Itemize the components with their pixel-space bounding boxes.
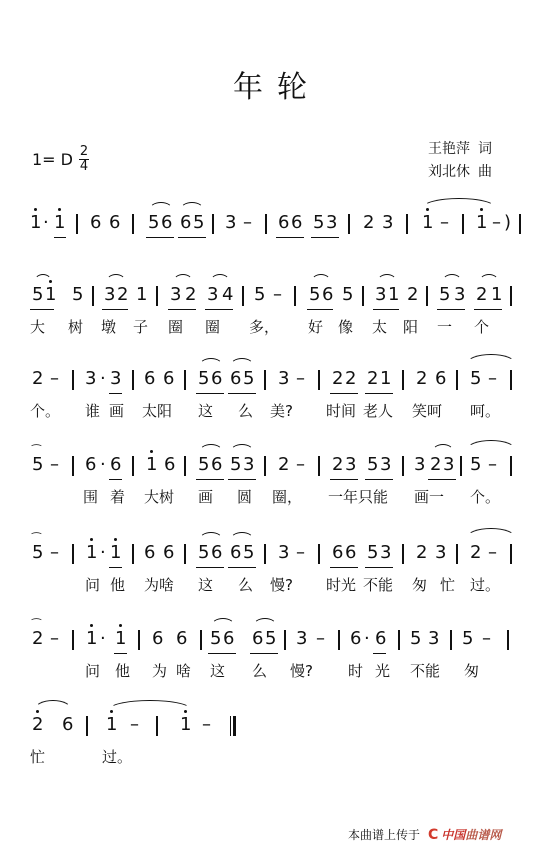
dash-extension: –: [50, 628, 59, 650]
lyric: 圈，: [272, 486, 302, 507]
barline: [132, 544, 134, 564]
note: 1: [45, 284, 56, 306]
site-logo-qupu: 曲谱网: [465, 826, 501, 843]
barline: [462, 214, 464, 234]
note: 5: [470, 368, 481, 390]
note: 3: [380, 542, 391, 564]
dash-extension: –: [488, 454, 497, 476]
lyric: 老人: [363, 400, 393, 421]
note: 6: [163, 542, 174, 564]
note: 5: [313, 212, 324, 234]
tie-arc: [466, 528, 516, 538]
lyric: 好: [308, 316, 323, 337]
note: 2: [185, 284, 196, 306]
note: 3: [435, 542, 446, 564]
barline: [184, 456, 186, 476]
barline: [338, 630, 340, 650]
note: 2: [32, 368, 43, 390]
dotted-note-dot: ·: [100, 628, 106, 650]
site-logo-cn: 中国: [441, 826, 465, 843]
barline: [132, 214, 134, 234]
note: 2: [32, 714, 43, 736]
eighth-underline: [168, 309, 196, 310]
lyric: 他: [110, 574, 125, 595]
barline: [348, 214, 350, 234]
lyric: 啥: [176, 660, 191, 681]
slur-arc: [210, 274, 230, 282]
lyric: 他: [115, 660, 130, 681]
note: 6: [62, 714, 73, 736]
note: 6: [230, 368, 241, 390]
note: 3: [243, 454, 254, 476]
barline: [284, 630, 286, 650]
lyric: 一: [437, 316, 452, 337]
composer-credit: 刘北休曲: [428, 161, 492, 184]
barline: [264, 370, 266, 390]
note: 4: [222, 284, 233, 306]
note: 6: [322, 284, 333, 306]
note: 1: [115, 628, 126, 650]
barline: [76, 214, 78, 234]
time-bottom: 4: [80, 161, 88, 173]
octave-dot: [114, 538, 117, 541]
eighth-underline: [30, 309, 54, 310]
lyric: 像: [338, 316, 353, 337]
note: 6: [110, 454, 121, 476]
slur-arc: [230, 532, 254, 540]
eighth-underline: [208, 653, 236, 654]
slur-arc: [149, 202, 173, 210]
score-row: 5–6·61656532–23533235–⁀围着大树画圆圈，一年只能画一个。: [30, 454, 520, 514]
lyric: 这: [198, 574, 213, 595]
barline: [138, 630, 140, 650]
lyric: 阳: [403, 316, 418, 337]
barline: [402, 456, 404, 476]
barline: [510, 544, 512, 564]
slur-arc: [479, 274, 499, 282]
barline: [398, 630, 400, 650]
barline: [265, 214, 267, 234]
lyric: 忙: [30, 746, 45, 767]
octave-dot: [36, 710, 39, 713]
slur-arc: [432, 444, 454, 452]
barline: [510, 286, 512, 306]
barline: [318, 544, 320, 564]
note: 6: [223, 628, 234, 650]
note: 6: [161, 212, 172, 234]
lyric: 呵。: [470, 400, 500, 421]
note: 3: [375, 284, 386, 306]
lyric: 过。: [102, 746, 132, 767]
note: 1: [54, 212, 65, 234]
note: 2: [430, 454, 441, 476]
note: 5: [148, 212, 159, 234]
lyric: 过。: [470, 574, 500, 595]
barline: [426, 286, 428, 306]
lyric: 大树: [144, 486, 174, 507]
dash-extension: –: [488, 368, 497, 390]
eighth-underline: [330, 479, 358, 480]
slur-arc: [211, 618, 235, 626]
octave-dot: [34, 208, 37, 211]
lyric: 圈: [168, 316, 183, 337]
barline: [456, 370, 458, 390]
octave-dot: [90, 538, 93, 541]
lyric: 多，: [249, 316, 279, 337]
dotted-note-dot: ·: [43, 212, 49, 234]
octave-dot: [184, 710, 187, 713]
barline: [406, 214, 408, 234]
note: 1: [491, 284, 502, 306]
tie-end-mark: ⁀: [32, 528, 41, 550]
eighth-underline: [228, 567, 256, 568]
song-title: 年轮: [0, 62, 540, 106]
lyric: 时: [348, 660, 363, 681]
score-row: 1·16656653–6653231–1–): [30, 212, 520, 272]
note: 1: [388, 284, 399, 306]
barline: [450, 630, 452, 650]
note: 2: [416, 542, 427, 564]
note: 6: [211, 368, 222, 390]
note: 3: [225, 212, 236, 234]
note: 5: [198, 542, 209, 564]
octave-dot: [150, 450, 153, 453]
time-signature: 2 4: [79, 146, 89, 173]
barline: [402, 370, 404, 390]
barline: [72, 544, 74, 564]
note: 1: [380, 368, 391, 390]
note: 6: [164, 454, 175, 476]
note: 6: [152, 628, 163, 650]
composer-name: 刘北休: [428, 164, 470, 180]
barline: [318, 370, 320, 390]
note: 3: [278, 542, 289, 564]
eighth-underline: [437, 309, 465, 310]
barline: [510, 370, 512, 390]
note: 5: [198, 454, 209, 476]
eighth-underline: [146, 237, 174, 238]
lyric: 美?: [270, 400, 293, 421]
eighth-underline: [109, 393, 122, 394]
note: 2: [117, 284, 128, 306]
note: 1: [146, 454, 157, 476]
note: 2: [416, 368, 427, 390]
dash-extension: –: [488, 542, 497, 564]
tie-end-mark: ⁀: [32, 440, 41, 462]
barline: [72, 370, 74, 390]
barline: [92, 286, 94, 306]
eighth-underline: [474, 309, 502, 310]
note: 5: [210, 628, 221, 650]
note: 6: [350, 628, 361, 650]
lyric: 圈: [205, 316, 220, 337]
lyric: 树: [68, 316, 83, 337]
barline: [212, 214, 214, 234]
lyric: 个。: [30, 400, 60, 421]
barline: [184, 544, 186, 564]
lyric: 个。: [470, 486, 500, 507]
eighth-underline: [373, 309, 399, 310]
note: 5: [309, 284, 320, 306]
tie-arc: [466, 440, 516, 450]
note: 6: [291, 212, 302, 234]
dash-extension: –: [202, 714, 211, 736]
score-row: 5–1·16656653–6653232–⁀问他为啥这么慢?时光不能匆忙过。: [30, 542, 520, 602]
note: 3: [104, 284, 115, 306]
lyric: 么: [238, 400, 253, 421]
note: 5: [265, 628, 276, 650]
note: 6: [90, 212, 101, 234]
lyric: 时光: [326, 574, 356, 595]
slur-arc: [253, 618, 277, 626]
note: ): [504, 212, 511, 234]
slur-arc: [442, 274, 462, 282]
note: 6: [109, 212, 120, 234]
octave-dot: [480, 208, 483, 211]
lyric: 不能: [363, 574, 393, 595]
note: 2: [367, 368, 378, 390]
lyric: 画: [198, 486, 213, 507]
dotted-note-dot: ·: [100, 454, 106, 476]
note: 5: [254, 284, 265, 306]
barline: [156, 716, 158, 736]
note: 3: [380, 454, 391, 476]
key-text: 1= D: [32, 150, 73, 169]
dash-extension: –: [296, 454, 305, 476]
note: 1: [86, 628, 97, 650]
note: 3: [170, 284, 181, 306]
note: 2: [278, 454, 289, 476]
eighth-underline: [365, 567, 393, 568]
lyric: 匆: [464, 660, 479, 681]
lyric: 为啥: [144, 574, 174, 595]
note: 6: [211, 542, 222, 564]
barline: [132, 370, 134, 390]
score-row: 2–1·16656653–6·6535–⁀问他为啥这么慢?时光不能匆: [30, 628, 520, 688]
dash-extension: –: [50, 454, 59, 476]
lyric: 时间: [326, 400, 356, 421]
lyricist-name: 王艳萍: [428, 141, 470, 157]
lyric: 圆: [237, 486, 252, 507]
note: 5: [367, 454, 378, 476]
note: 2: [476, 284, 487, 306]
barline: [264, 544, 266, 564]
note: 6: [435, 368, 446, 390]
octave-dot: [90, 624, 93, 627]
note: 1: [106, 714, 117, 736]
dash-extension: –: [296, 368, 305, 390]
upload-footer: 本曲谱上传于 C 中国 曲谱网: [348, 826, 501, 843]
tie-arc: [34, 700, 72, 710]
score-row: 261–1–忙过。: [30, 714, 520, 774]
note: 5: [439, 284, 450, 306]
note: 2: [332, 454, 343, 476]
slur-arc: [230, 358, 254, 366]
note: 6: [375, 628, 386, 650]
note: 3: [296, 628, 307, 650]
note: 3: [454, 284, 465, 306]
note: 6: [180, 212, 191, 234]
note: 5: [410, 628, 421, 650]
barline: [72, 456, 74, 476]
note: 3: [443, 454, 454, 476]
barline: [294, 286, 296, 306]
barline: [72, 630, 74, 650]
note: 6: [144, 368, 155, 390]
eighth-underline: [307, 309, 333, 310]
slur-arc: [199, 532, 223, 540]
dash-extension: –: [50, 542, 59, 564]
lyric: 问: [85, 660, 100, 681]
barline: [519, 214, 521, 234]
lyric: 么: [238, 574, 253, 595]
score-row: 2–3·36656653–2221265–个。谁画太阳这么美?时间老人笑呵呵。: [30, 368, 520, 428]
note: 5: [72, 284, 83, 306]
note: 6: [163, 368, 174, 390]
note: 2: [470, 542, 481, 564]
note: 2: [345, 368, 356, 390]
lyric: 么: [252, 660, 267, 681]
note: 3: [110, 368, 121, 390]
slur-arc: [173, 274, 193, 282]
lyric: 画: [109, 400, 124, 421]
tie-arc: [422, 198, 496, 208]
lyric: 匆: [412, 574, 427, 595]
eighth-underline: [205, 309, 233, 310]
barline: [510, 456, 512, 476]
note: 3: [428, 628, 439, 650]
score-row: 51532132345–5653125321大树墩子圈圈多，好像太阳一个: [30, 284, 520, 344]
lyric: 太: [372, 316, 387, 337]
note: 2: [407, 284, 418, 306]
slur-arc: [34, 274, 52, 282]
barline: [264, 456, 266, 476]
eighth-underline: [114, 653, 127, 654]
lyricist-role: 词: [478, 141, 492, 157]
composer-role: 曲: [478, 164, 492, 180]
note: 1: [86, 542, 97, 564]
barline: [200, 630, 202, 650]
note: 5: [243, 368, 254, 390]
key-signature: 1= D 2 4: [32, 146, 89, 173]
note: 1: [136, 284, 147, 306]
note: 6: [278, 212, 289, 234]
dotted-note-dot: ·: [100, 542, 106, 564]
note: 5: [367, 542, 378, 564]
slur-arc: [230, 444, 254, 452]
eighth-underline: [102, 309, 128, 310]
note: 5: [193, 212, 204, 234]
barline: [86, 716, 88, 736]
note: 1: [422, 212, 433, 234]
eighth-underline: [196, 567, 224, 568]
note: 5: [32, 284, 43, 306]
barline: [132, 456, 134, 476]
barline: [242, 286, 244, 306]
time-top: 2: [80, 146, 88, 158]
dash-extension: –: [316, 628, 325, 650]
note: 1: [110, 542, 121, 564]
eighth-underline: [428, 479, 456, 480]
dotted-note-dot: ·: [364, 628, 370, 650]
lyric: 这: [210, 660, 225, 681]
lyric: 不能: [410, 660, 440, 681]
note: 1: [476, 212, 487, 234]
note: 6: [144, 542, 155, 564]
dash-extension: –: [296, 542, 305, 564]
slur-arc: [199, 444, 223, 452]
note: 3: [207, 284, 218, 306]
note: 6: [176, 628, 187, 650]
lyric: 太阳: [142, 400, 172, 421]
site-logo-icon: C: [428, 827, 438, 843]
lyric: 谁: [85, 400, 100, 421]
barline: [456, 544, 458, 564]
lyric: 着: [110, 486, 125, 507]
note: 5: [243, 542, 254, 564]
lyricist-credit: 王艳萍词: [428, 138, 492, 161]
barline: [318, 456, 320, 476]
slur-arc: [180, 202, 204, 210]
eighth-underline: [196, 479, 224, 480]
tie-arc: [108, 700, 192, 710]
lyric: 这: [198, 400, 213, 421]
lyric: 问: [85, 574, 100, 595]
note: 6: [252, 628, 263, 650]
eighth-underline: [54, 237, 66, 238]
lyric: 墩: [101, 316, 116, 337]
note: 3: [414, 454, 425, 476]
barline: [362, 286, 364, 306]
eighth-underline: [311, 237, 339, 238]
lyric: 慢?: [290, 660, 313, 681]
lyric: 画一: [414, 486, 444, 507]
lyric: 围: [83, 486, 98, 507]
dash-extension: –: [50, 368, 59, 390]
note: 3: [345, 454, 356, 476]
slur-arc: [377, 274, 397, 282]
dash-extension: –: [482, 628, 491, 650]
lyric: 为: [152, 660, 167, 681]
dash-extension: –: [243, 212, 252, 234]
dash-extension: –: [273, 284, 282, 306]
note: 6: [230, 542, 241, 564]
note: 6: [332, 542, 343, 564]
eighth-underline: [373, 653, 386, 654]
barline: [460, 456, 462, 476]
barline: [402, 544, 404, 564]
lyric: 子: [133, 316, 148, 337]
note: 5: [462, 628, 473, 650]
dash-extension: –: [492, 212, 501, 234]
eighth-underline: [109, 479, 122, 480]
barline: [156, 286, 158, 306]
lyric: 忙: [440, 574, 455, 595]
octave-dot: [110, 710, 113, 713]
note: 6: [211, 454, 222, 476]
octave-dot: [119, 624, 122, 627]
note: 5: [470, 454, 481, 476]
eighth-underline: [228, 479, 256, 480]
dotted-note-dot: ·: [100, 368, 106, 390]
dash-extension: –: [130, 714, 139, 736]
eighth-underline: [178, 237, 206, 238]
tie-end-mark: ⁀: [32, 614, 41, 636]
octave-dot: [58, 208, 61, 211]
octave-dot: [426, 208, 429, 211]
eighth-underline: [196, 393, 224, 394]
slur-arc: [106, 274, 126, 282]
